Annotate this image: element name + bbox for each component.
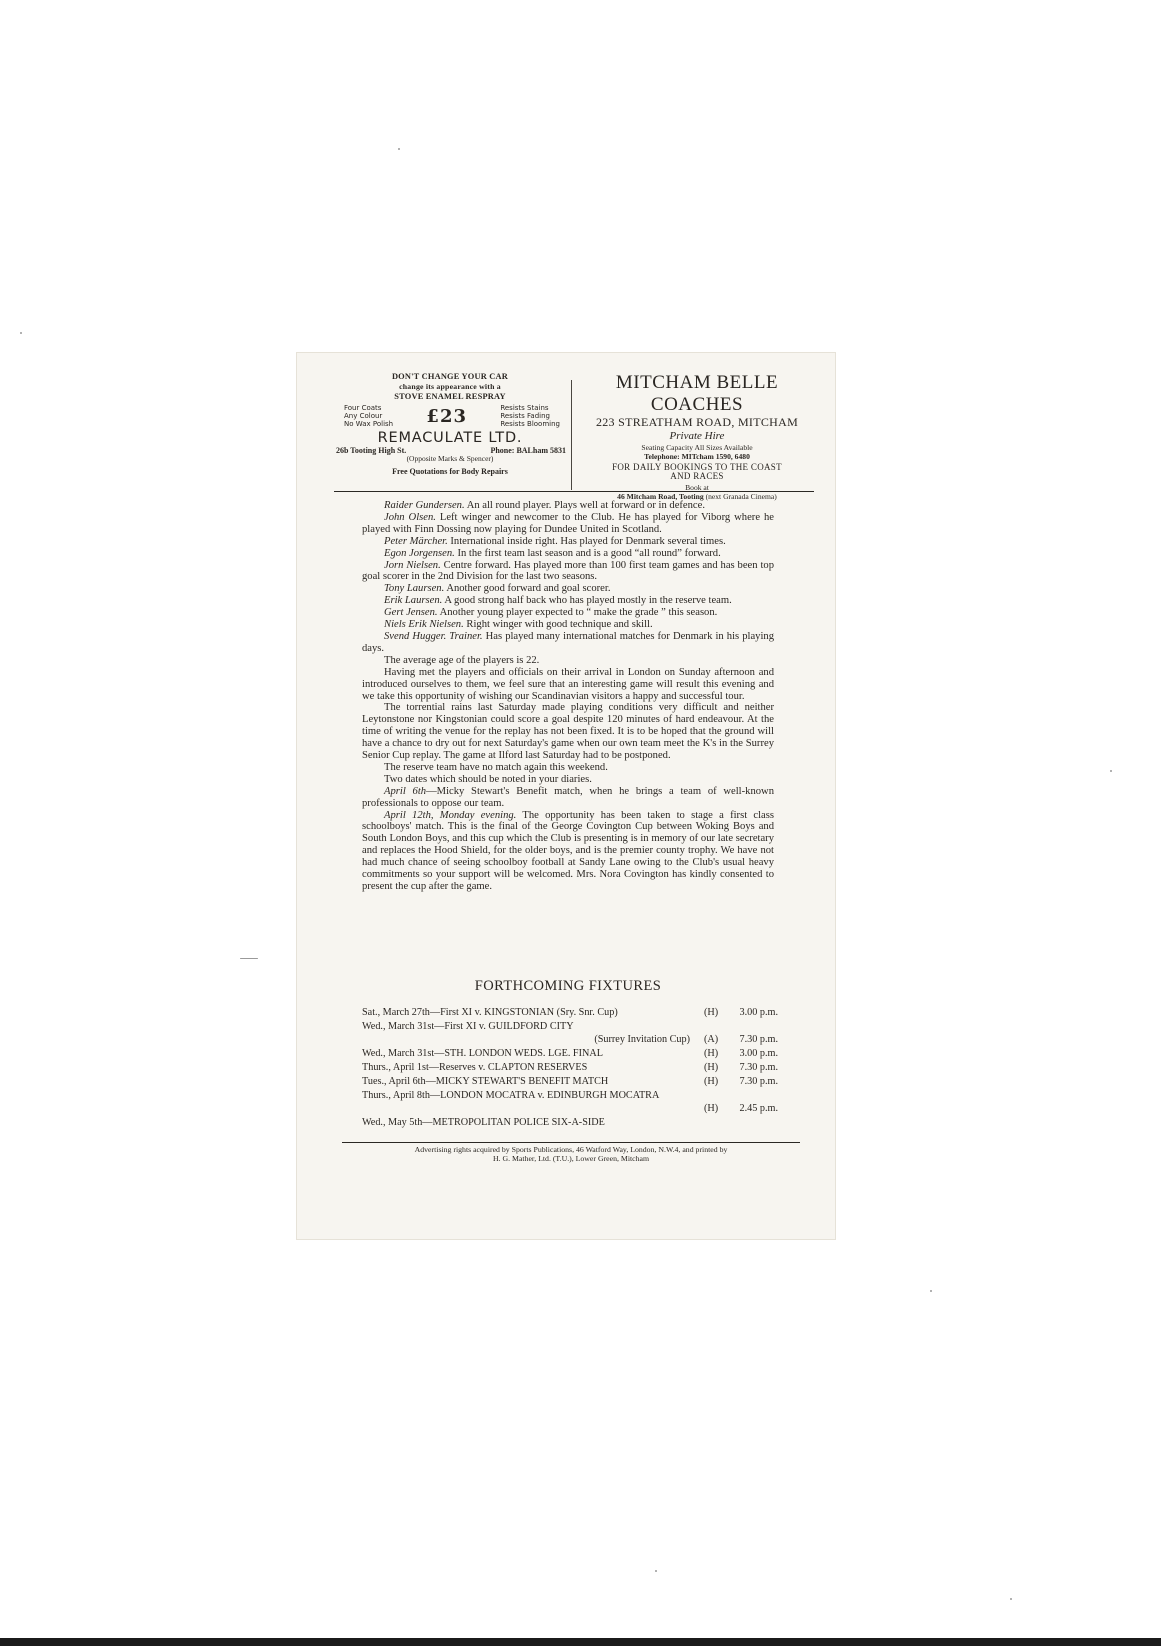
article-paragraph: April 6th—Micky Stewart's Benefit match,… [362, 786, 774, 810]
coaches-ad: MITCHAM BELLE COACHES 223 STREATHAM ROAD… [577, 372, 817, 501]
fixture-row: Wed., March 31st—STH. LONDON WEDS. LGE. … [362, 1045, 778, 1059]
fixture-time: 2.45 p.m. [734, 1103, 778, 1114]
scan-speck [20, 332, 22, 334]
footer-line-1: Advertising rights acquired by Sports Pu… [342, 1145, 800, 1154]
paragraph-lead: Svend Hugger. Trainer. [384, 631, 483, 642]
fixture-description: Thurs., April 8th—LONDON MOCATRA v. EDIN… [362, 1090, 778, 1101]
paragraph-lead: April 12th, Monday evening. [384, 810, 516, 821]
fixture-venue: (H) [704, 1076, 734, 1087]
fixture-time: 7.30 p.m. [734, 1062, 778, 1073]
paragraph-lead: John Olsen. [384, 512, 436, 523]
fixture-venue: (H) [704, 1103, 734, 1114]
scan-speck [930, 1290, 932, 1292]
company-name: MITCHAM BELLE COACHES [577, 372, 817, 416]
paragraph-lead: Peter Märcher. [384, 536, 448, 547]
paragraph-lead: Gert Jensen. [384, 607, 438, 618]
fixture-row: (Surrey Invitation Cup)(A)7.30 p.m. [362, 1032, 778, 1046]
landmark: (Opposite Marks & Spencer) [334, 455, 566, 463]
scan-speck [1110, 770, 1112, 772]
fixture-description: Wed., March 31st—First XI v. GUILDFORD C… [362, 1021, 778, 1032]
article-body: Raider Gundersen. An all round player. P… [362, 500, 774, 893]
article-paragraph: Egon Jorgensen. In the first team last s… [362, 548, 774, 560]
ad-headline-3: STOVE ENAMEL RESPRAY [334, 392, 566, 402]
article-paragraph: Jorn Nielsen. Centre forward. Has played… [362, 560, 774, 584]
bookings-line-2: AND RACES [577, 472, 817, 481]
fixture-description: Tues., April 6th—MICKY STEWART'S BENEFIT… [362, 1076, 704, 1087]
fixture-description: (Surrey Invitation Cup) [362, 1034, 704, 1045]
paragraph-lead: Niels Erik Nielsen. [384, 619, 464, 630]
header-ads: DON'T CHANGE YOUR CAR change its appeara… [334, 372, 812, 490]
article-paragraph: Two dates which should be noted in your … [362, 774, 774, 786]
price-row: Four Coats Any Colour No Wax Polish £23 … [344, 404, 560, 428]
fixture-description: Wed., May 5th—METROPOLITAN POLICE SIX-A-… [362, 1117, 778, 1128]
article-paragraph: The reserve team have no match again thi… [362, 762, 774, 774]
paragraph-lead: Raider Gundersen. [384, 500, 465, 511]
capacity: Seating Capacity All Sizes Available [577, 443, 817, 452]
ad-divider [571, 380, 572, 490]
article-paragraph: April 12th, Monday evening. The opportun… [362, 810, 774, 893]
footer-line-2: H. G. Mather, Ltd. (T.U.), Lower Green, … [342, 1154, 800, 1163]
scan-speck [655, 1570, 657, 1572]
fixture-venue: (H) [704, 1062, 734, 1073]
printer-footer: Advertising rights acquired by Sports Pu… [342, 1145, 800, 1163]
features-left: Four Coats Any Colour No Wax Polish [344, 404, 393, 428]
fixture-row: Thurs., April 1st—Reserves v. CLAPTON RE… [362, 1059, 778, 1073]
ad-headline-1: DON'T CHANGE YOUR CAR [334, 372, 566, 382]
fixture-row: (H)2.45 p.m. [362, 1101, 778, 1115]
paragraph-lead: Erik Laursen. [384, 595, 442, 606]
fixtures-title: FORTHCOMING FIXTURES [362, 978, 774, 995]
fixture-time: 7.30 p.m. [734, 1076, 778, 1087]
article-paragraph: The average age of the players is 22. [362, 655, 774, 667]
fixture-description: Thurs., April 1st—Reserves v. CLAPTON RE… [362, 1062, 704, 1073]
fixture-row: Wed., May 5th—METROPOLITAN POLICE SIX-A-… [362, 1114, 778, 1128]
fixture-description: Wed., March 31st—STH. LONDON WEDS. LGE. … [362, 1048, 704, 1059]
service: Private Hire [577, 429, 817, 443]
tagline: Free Quotations for Body Repairs [334, 467, 566, 476]
fixture-description: Sat., March 27th—First XI v. KINGSTONIAN… [362, 1007, 704, 1018]
ad-headline-2: change its appearance with a [334, 382, 566, 392]
features-right: Resists Stains Resists Fading Resists Bl… [500, 404, 560, 428]
fixture-row: Sat., March 27th—First XI v. KINGSTONIAN… [362, 1004, 778, 1018]
telephone: Telephone: MITcham 1590, 6480 [577, 452, 817, 461]
scan-speck [240, 958, 258, 959]
address: 223 STREATHAM ROAD, MITCHAM [577, 416, 817, 429]
address: 26b Tooting High St. [336, 446, 406, 455]
price: £23 [426, 406, 467, 427]
scan-speck [398, 148, 400, 150]
fixture-venue: (H) [704, 1007, 734, 1018]
phone: Phone: BALham 5831 [490, 446, 566, 455]
article-paragraph: Svend Hugger. Trainer. Has played many i… [362, 631, 774, 655]
fixture-time: 3.00 p.m. [734, 1048, 778, 1059]
fixtures-list: Sat., March 27th—First XI v. KINGSTONIAN… [362, 1004, 778, 1128]
fixture-venue: (A) [704, 1034, 734, 1045]
footer-rule [342, 1142, 800, 1143]
paragraph-lead: Tony Laursen. [384, 583, 444, 594]
article-paragraph: Erik Laursen. A good strong half back wh… [362, 595, 774, 607]
header-rule [334, 491, 814, 492]
article-paragraph: Tony Laursen. Another good forward and g… [362, 583, 774, 595]
company-name: REMACULATE LTD. [334, 430, 566, 446]
fixture-time: 7.30 p.m. [734, 1034, 778, 1045]
article-paragraph: Having met the players and officials on … [362, 667, 774, 703]
paragraph-lead: Egon Jorgensen. [384, 548, 455, 559]
scanner-edge [0, 1638, 1161, 1646]
fixture-row: Wed., March 31st—First XI v. GUILDFORD C… [362, 1018, 778, 1032]
fixture-venue: (H) [704, 1048, 734, 1059]
fixture-row: Tues., April 6th—MICKY STEWART'S BENEFIT… [362, 1073, 778, 1087]
article-paragraph: The torrential rains last Saturday made … [362, 702, 774, 762]
article-paragraph: Niels Erik Nielsen. Right winger with go… [362, 619, 774, 631]
remaculate-ad: DON'T CHANGE YOUR CAR change its appeara… [334, 372, 566, 476]
fixture-row: Thurs., April 8th—LONDON MOCATRA v. EDIN… [362, 1087, 778, 1101]
article-paragraph: Peter Märcher. International inside righ… [362, 536, 774, 548]
fixture-time: 3.00 p.m. [734, 1007, 778, 1018]
article-paragraph: Raider Gundersen. An all round player. P… [362, 500, 774, 512]
article-paragraph: John Olsen. Left winger and newcomer to … [362, 512, 774, 536]
paragraph-lead: Jorn Nielsen. [384, 560, 441, 571]
paragraph-lead: April 6th [384, 786, 426, 797]
programme-page: DON'T CHANGE YOUR CAR change its appeara… [296, 352, 836, 1240]
article-paragraph: Gert Jensen. Another young player expect… [362, 607, 774, 619]
scan-speck [1010, 1598, 1012, 1600]
